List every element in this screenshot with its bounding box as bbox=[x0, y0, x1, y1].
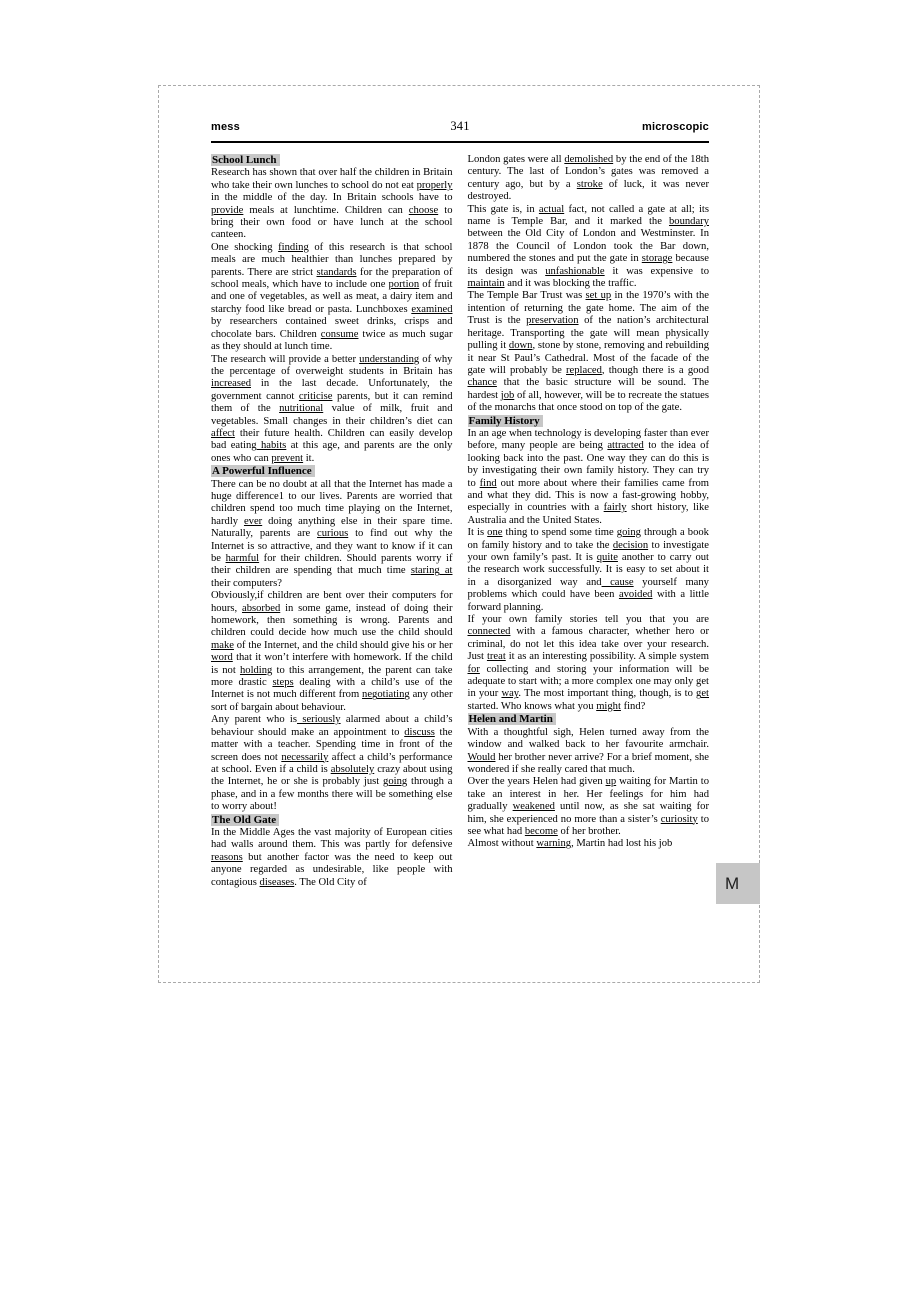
paragraph: In an age when technology is developing … bbox=[468, 428, 710, 527]
underlined-word: become bbox=[525, 826, 558, 837]
underlined-word: examined bbox=[411, 304, 452, 315]
underlined-word: up bbox=[606, 776, 617, 787]
underlined-word: reasons bbox=[211, 852, 243, 863]
underlined-word: get bbox=[696, 688, 709, 699]
underlined-word: for bbox=[468, 664, 480, 675]
underlined-word: one bbox=[487, 527, 502, 538]
underlined-word: seriously bbox=[297, 714, 341, 725]
underlined-word: replaced bbox=[566, 365, 602, 376]
underlined-word: harmful bbox=[226, 553, 260, 564]
underlined-word: prevent bbox=[271, 453, 303, 464]
section-heading: Helen and Martin bbox=[468, 713, 710, 726]
paragraph: The research will provide a better under… bbox=[211, 354, 453, 466]
underlined-word: finding bbox=[278, 242, 309, 253]
text-column-left: School LunchResearch has shown that over… bbox=[211, 154, 453, 889]
underlined-word: increased bbox=[211, 378, 251, 389]
underlined-word: job bbox=[501, 390, 515, 401]
underlined-word: actual bbox=[539, 204, 564, 215]
underlined-word: curiosity bbox=[661, 814, 698, 825]
underlined-word: going bbox=[617, 527, 641, 538]
paragraph: Almost without warning, Martin had lost … bbox=[468, 838, 710, 850]
paragraph: The Temple Bar Trust was set up in the 1… bbox=[468, 290, 710, 414]
underlined-word: understanding bbox=[359, 354, 419, 365]
page-number: 341 bbox=[450, 119, 469, 134]
paragraph: Research has shown that over half the ch… bbox=[211, 167, 453, 241]
paragraph: This gate is, in actual fact, not called… bbox=[468, 204, 710, 291]
document-page: mess 341 microscopic School LunchResearc… bbox=[158, 85, 760, 983]
underlined-word: cause bbox=[602, 577, 634, 588]
section-heading: The Old Gate bbox=[211, 814, 453, 827]
underlined-word: chance bbox=[468, 377, 497, 388]
underlined-word: portion bbox=[389, 279, 420, 290]
underlined-word: way bbox=[501, 688, 518, 699]
section-heading-text: Family History bbox=[468, 415, 543, 427]
underlined-word: Would bbox=[468, 752, 496, 763]
underlined-word: connected bbox=[468, 626, 511, 637]
underlined-word: boundary bbox=[669, 216, 709, 227]
section-heading: School Lunch bbox=[211, 154, 453, 167]
paragraph: There can be no doubt at all that the In… bbox=[211, 479, 453, 591]
page-content: mess 341 microscopic School LunchResearc… bbox=[211, 119, 709, 889]
paragraph: If your own family stories tell you that… bbox=[468, 614, 710, 713]
underlined-word: unfashionable bbox=[545, 266, 604, 277]
underlined-word: down bbox=[509, 340, 533, 351]
underlined-word: ever bbox=[244, 516, 262, 527]
underlined-word: going bbox=[383, 776, 407, 787]
underlined-word: find bbox=[480, 478, 497, 489]
underlined-word: provide bbox=[211, 205, 243, 216]
underlined-word: nutritional bbox=[279, 403, 323, 414]
underlined-word: quite bbox=[597, 552, 618, 563]
underlined-word: warning bbox=[536, 838, 571, 849]
underlined-word: weakened bbox=[513, 801, 555, 812]
paragraph: It is one thing to spend some time going… bbox=[468, 527, 710, 614]
thumb-index-tab: M bbox=[716, 863, 760, 904]
underlined-word: diseases bbox=[260, 877, 295, 888]
underlined-word: make bbox=[211, 640, 234, 651]
underlined-word: standards bbox=[317, 267, 357, 278]
underlined-word: consume bbox=[321, 329, 359, 340]
underlined-word: might bbox=[596, 701, 621, 712]
underlined-word: preservation bbox=[526, 315, 578, 326]
underlined-word: necessarily bbox=[281, 752, 328, 763]
underlined-word: word bbox=[211, 652, 233, 663]
underlined-word: stroke bbox=[577, 179, 603, 190]
underlined-word: habits bbox=[257, 440, 287, 451]
underlined-word: decision bbox=[613, 540, 648, 551]
guide-word-left: mess bbox=[211, 121, 450, 133]
underlined-word: curious bbox=[317, 528, 348, 539]
underlined-word: discuss bbox=[404, 727, 435, 738]
underlined-word: staring at bbox=[411, 565, 453, 576]
section-heading-text: School Lunch bbox=[211, 154, 280, 166]
section-heading-text: A Powerful Influence bbox=[211, 465, 315, 477]
underlined-word: steps bbox=[272, 677, 293, 688]
underlined-word: set up bbox=[586, 290, 612, 301]
header-rule bbox=[211, 141, 709, 143]
underlined-word: absorbed bbox=[242, 603, 280, 614]
section-heading-text: The Old Gate bbox=[211, 814, 279, 826]
text-column-right: London gates were all demolished by the … bbox=[468, 154, 710, 889]
underlined-word: storage bbox=[642, 253, 673, 264]
paragraph: Over the years Helen had given up waitin… bbox=[468, 776, 710, 838]
underlined-word: fairly bbox=[604, 502, 627, 513]
running-head: mess 341 microscopic bbox=[211, 119, 709, 134]
underlined-word: absolutely bbox=[331, 764, 375, 775]
underlined-word: choose bbox=[409, 205, 438, 216]
section-heading: A Powerful Influence bbox=[211, 465, 453, 478]
underlined-word: holding bbox=[240, 665, 272, 676]
paragraph: Any parent who is seriously alarmed abou… bbox=[211, 714, 453, 813]
underlined-word: criticise bbox=[299, 391, 333, 402]
section-heading-text: Helen and Martin bbox=[468, 713, 556, 725]
paragraph: One shocking finding of this research is… bbox=[211, 242, 453, 354]
two-column-body: School LunchResearch has shown that over… bbox=[211, 154, 709, 889]
paragraph: With a thoughtful sigh, Helen turned awa… bbox=[468, 727, 710, 777]
paragraph: London gates were all demolished by the … bbox=[468, 154, 710, 204]
paragraph: Obviously,if children are bent over thei… bbox=[211, 590, 453, 714]
underlined-word: demolished bbox=[564, 154, 613, 165]
section-heading: Family History bbox=[468, 415, 710, 428]
underlined-word: affect bbox=[211, 428, 235, 439]
underlined-word: avoided bbox=[619, 589, 653, 600]
underlined-word: maintain bbox=[468, 278, 505, 289]
paragraph: In the Middle Ages the vast majority of … bbox=[211, 827, 453, 889]
underlined-word: negotiating bbox=[362, 689, 410, 700]
underlined-word: properly bbox=[417, 180, 453, 191]
underlined-word: treat bbox=[487, 651, 506, 662]
thumb-index-letter: M bbox=[725, 874, 739, 894]
guide-word-right: microscopic bbox=[470, 121, 709, 133]
underlined-word: attracted bbox=[607, 440, 643, 451]
